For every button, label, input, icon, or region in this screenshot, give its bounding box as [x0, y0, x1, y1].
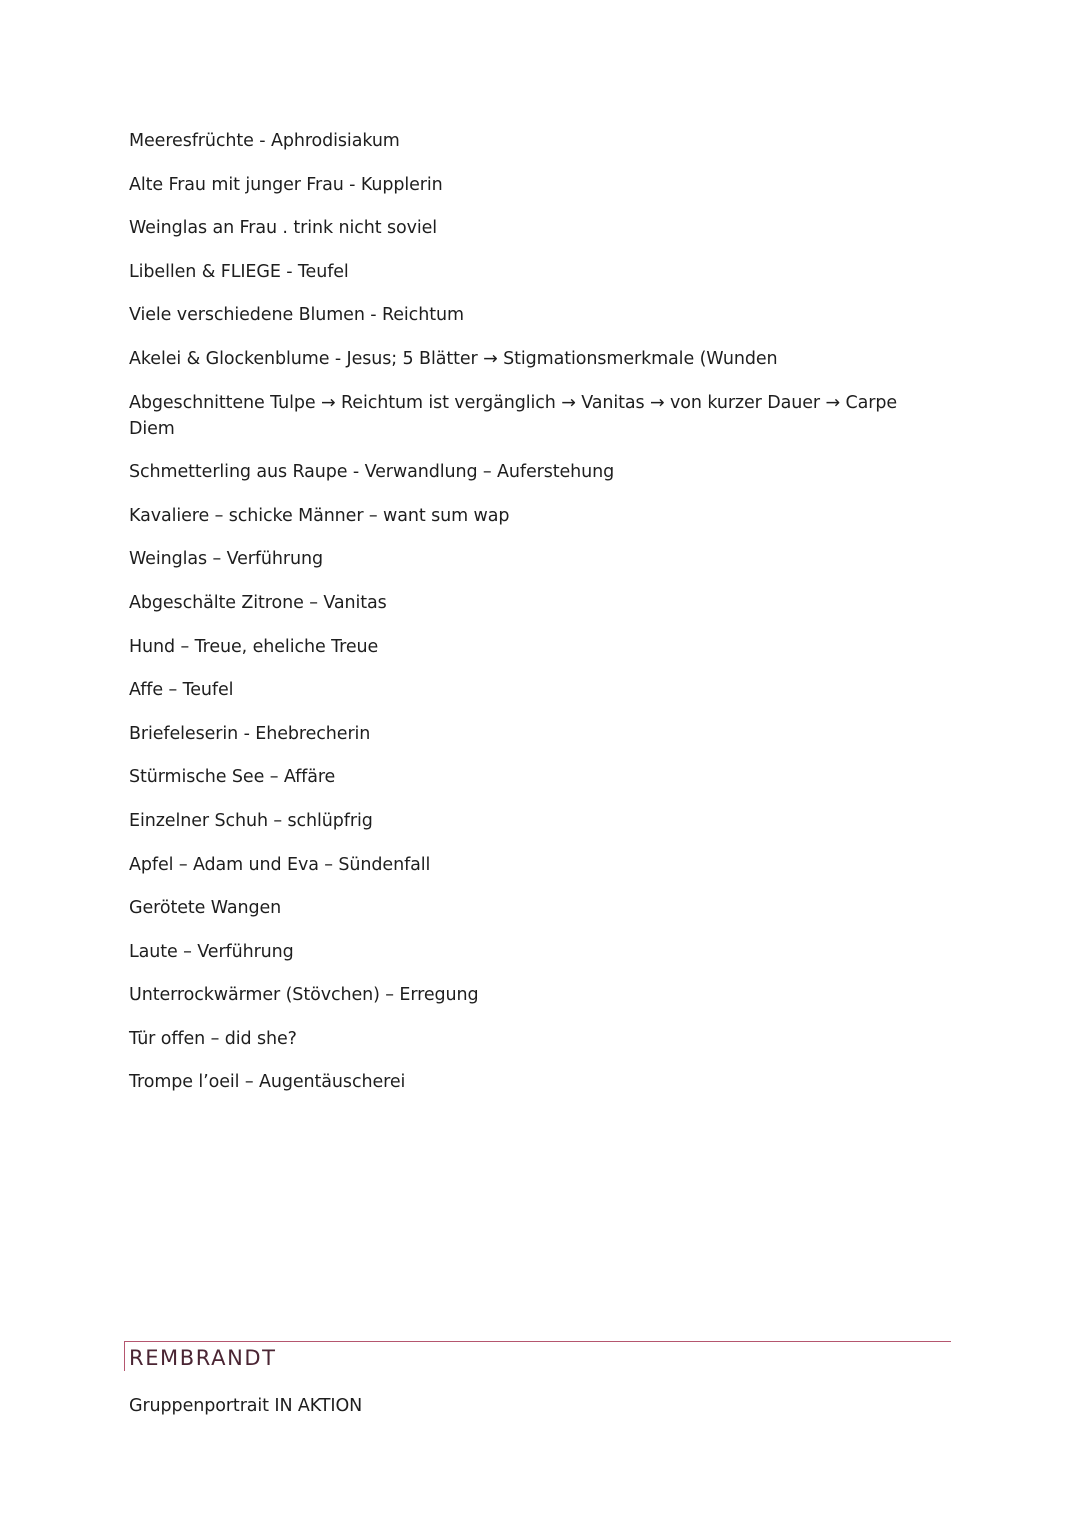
document-page: Meeresfrüchte - Aphrodisiakum Alte Frau … [0, 0, 1080, 1527]
note-line: Laute – Verführung [129, 939, 929, 965]
note-line: Libellen & FLIEGE - Teufel [129, 259, 929, 285]
note-line: Akelei & Glockenblume - Jesus; 5 Blätter… [129, 346, 929, 372]
note-line: Alte Frau mit junger Frau - Kupplerin [129, 172, 929, 198]
note-line: Unterrockwärmer (Stövchen) – Erregung [129, 982, 929, 1008]
section-heading-text: REMBRANDT [129, 1346, 951, 1370]
section-heading: REMBRANDT [124, 1341, 951, 1371]
note-line: Trompe l’oeil – Augentäuscherei [129, 1069, 929, 1095]
note-line: Abgeschälte Zitrone – Vanitas [129, 590, 929, 616]
section-body-text: Gruppenportrait IN AKTION [129, 1393, 362, 1419]
note-line: Schmetterling aus Raupe - Verwandlung – … [129, 459, 929, 485]
note-line: Gerötete Wangen [129, 895, 929, 921]
note-line: Einzelner Schuh – schlüpfrig [129, 808, 929, 834]
note-line: Affe – Teufel [129, 677, 929, 703]
rembrandt-section: REMBRANDT Gruppenportrait IN AKTION [124, 1341, 951, 1371]
note-line: Kavaliere – schicke Männer – want sum wa… [129, 503, 929, 529]
note-line: Tür offen – did she? [129, 1026, 929, 1052]
note-line: Apfel – Adam und Eva – Sündenfall [129, 852, 929, 878]
note-line: Abgeschnittene Tulpe → Reichtum ist verg… [129, 390, 929, 442]
note-line: Meeresfrüchte - Aphrodisiakum [129, 128, 929, 154]
symbol-notes-list: Meeresfrüchte - Aphrodisiakum Alte Frau … [129, 128, 929, 1113]
note-line: Weinglas an Frau . trink nicht soviel [129, 215, 929, 241]
note-line: Weinglas – Verführung [129, 546, 929, 572]
note-line: Hund – Treue, eheliche Treue [129, 634, 929, 660]
note-line: Viele verschiedene Blumen - Reichtum [129, 302, 929, 328]
note-line: Stürmische See – Affäre [129, 764, 929, 790]
note-line: Briefeleserin - Ehebrecherin [129, 721, 929, 747]
